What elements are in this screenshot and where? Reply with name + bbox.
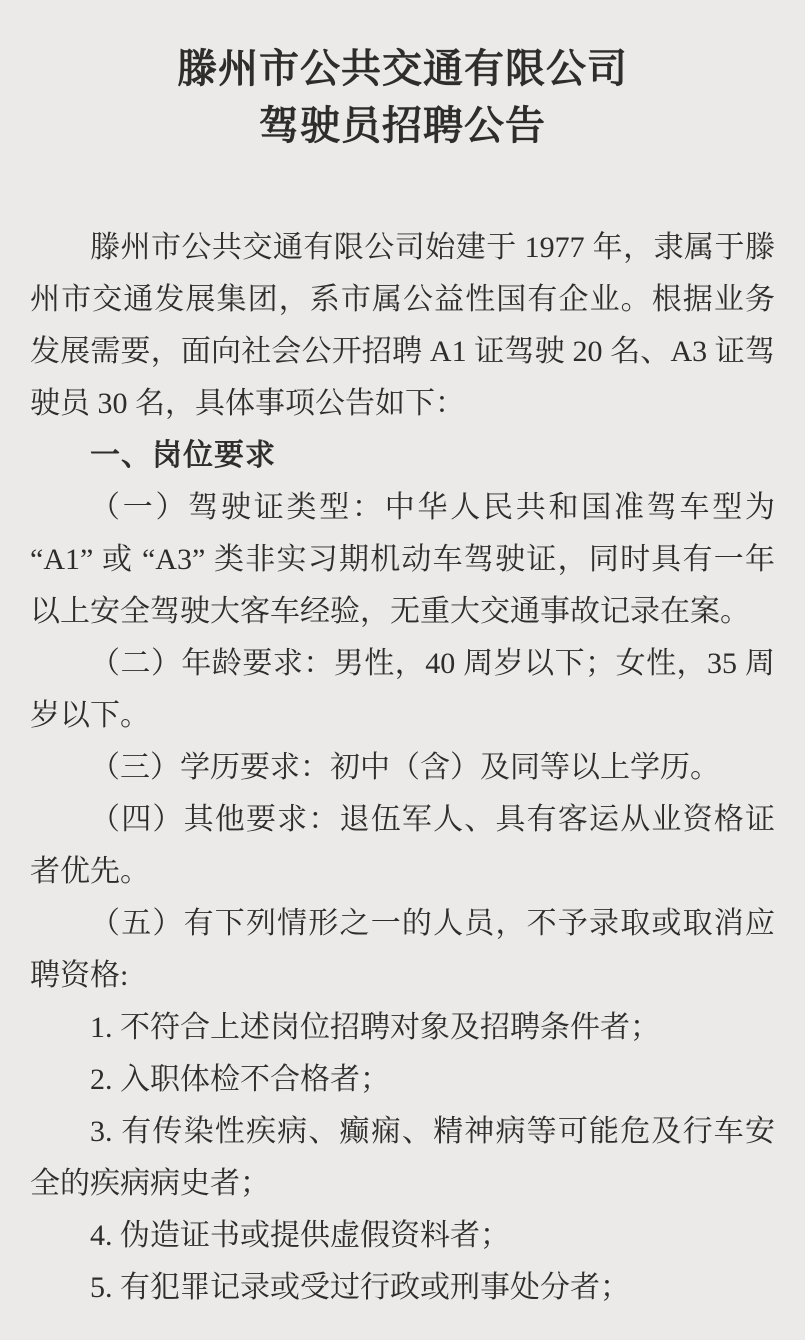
disqualification-item-1: 1. 不符合上述岗位招聘对象及招聘条件者；	[30, 1002, 775, 1054]
requirement-disqualification-intro: （五）有下列情形之一的人员，不予录取或取消应聘资格:	[30, 898, 775, 1002]
requirement-education: （三）学历要求：初中（含）及同等以上学历。	[30, 742, 775, 794]
section-heading-job-requirements: 一、岗位要求	[30, 430, 775, 482]
requirement-license-type: （一）驾驶证类型：中华人民共和国准驾车型为 “A1” 或 “A3” 类非实习期机…	[30, 482, 775, 638]
document-title: 滕州市公共交通有限公司 驾驶员招聘公告	[30, 40, 775, 154]
requirement-other: （四）其他要求：退伍军人、具有客运从业资格证者优先。	[30, 794, 775, 898]
disqualification-item-2: 2. 入职体检不合格者；	[30, 1054, 775, 1106]
disqualification-item-4: 4. 伪造证书或提供虚假资料者；	[30, 1210, 775, 1262]
intro-paragraph: 滕州市公共交通有限公司始建于 1977 年，隶属于滕州市交通发展集团，系市属公益…	[30, 222, 775, 430]
requirement-age: （二）年龄要求：男性，40 周岁以下；女性，35 周岁以下。	[30, 638, 775, 742]
title-line-company: 滕州市公共交通有限公司	[30, 40, 775, 97]
announcement-document: 滕州市公共交通有限公司 驾驶员招聘公告 滕州市公共交通有限公司始建于 1977 …	[0, 0, 805, 1340]
disqualification-item-5: 5. 有犯罪记录或受过行政或刑事处分者；	[30, 1262, 775, 1314]
title-line-subject: 驾驶员招聘公告	[30, 97, 775, 154]
disqualification-item-3: 3. 有传染性疾病、癫痫、精神病等可能危及行车安全的疾病病史者；	[30, 1106, 775, 1210]
